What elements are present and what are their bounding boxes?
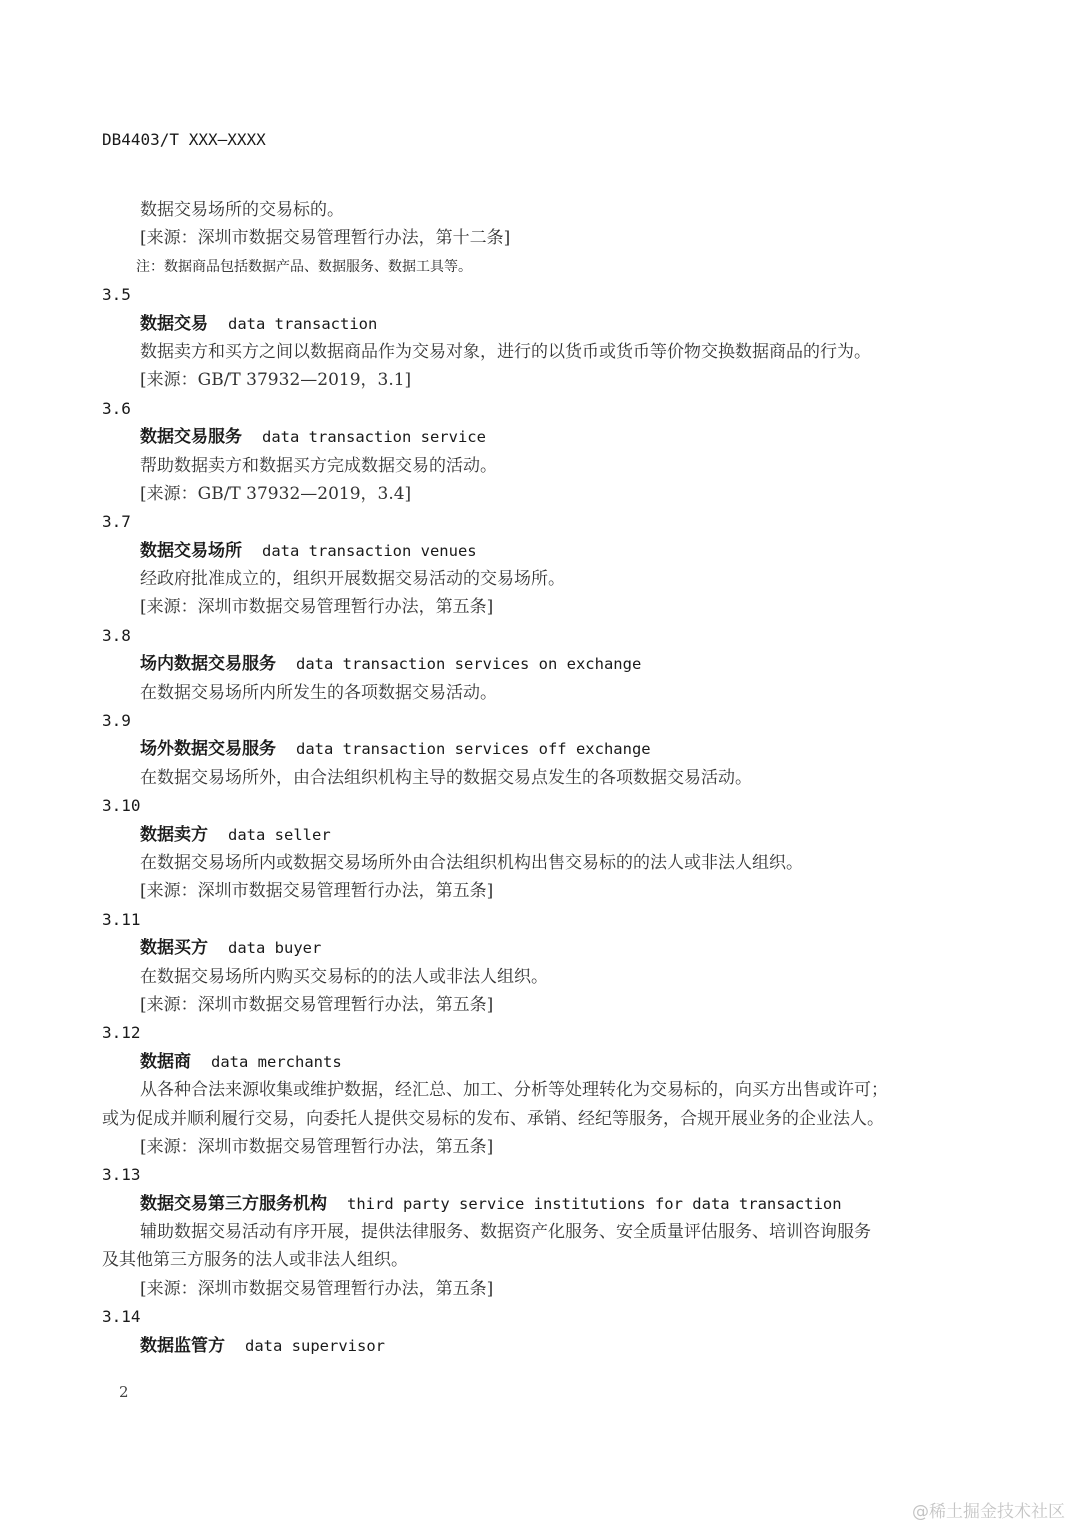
entry-number: 3.13 (102, 1161, 962, 1189)
entry-source: [来源：深圳市数据交易管理暂行办法，第五条] (102, 1275, 962, 1303)
term-chinese: 场内数据交易服务 (140, 654, 276, 674)
entry-source: [来源：深圳市数据交易管理暂行办法，第五条] (102, 593, 962, 621)
term-english: third party service institutions for dat… (347, 1195, 842, 1213)
entry-term: 数据买方data buyer (102, 934, 962, 962)
term-entry: 3.11数据买方data buyer在数据交易场所内购买交易标的的法人或非法人组… (102, 906, 962, 1020)
entry-number: 3.12 (102, 1019, 962, 1047)
term-entry: 3.8场内数据交易服务data transaction services on … (102, 622, 962, 707)
term-chinese: 数据买方 (140, 938, 208, 958)
entry-term: 数据交易第三方服务机构third party service instituti… (102, 1190, 962, 1218)
entry-term: 数据监管方data supervisor (102, 1332, 962, 1360)
intro-source: [来源：深圳市数据交易管理暂行办法，第十二条] (102, 224, 962, 252)
entry-definition: 在数据交易场所内或数据交易场所外由合法组织机构出售交易标的的法人或非法人组织。 (102, 849, 962, 877)
intro-text: 数据交易场所的交易标的。 (102, 196, 962, 224)
term-chinese: 数据商 (140, 1052, 191, 1072)
term-chinese: 数据卖方 (140, 825, 208, 845)
term-english: data seller (228, 826, 331, 844)
entry-term: 场外数据交易服务data transaction services off ex… (102, 735, 962, 763)
entry-source: [来源：深圳市数据交易管理暂行办法，第五条] (102, 877, 962, 905)
term-english: data merchants (211, 1053, 342, 1071)
entry-definition: 在数据交易场所外，由合法组织机构主导的数据交易点发生的各项数据交易活动。 (102, 764, 962, 792)
entry-source: [来源：GB/T 37932—2019，3.1] (102, 366, 962, 394)
entry-number: 3.8 (102, 622, 962, 650)
term-chinese: 数据交易 (140, 314, 208, 334)
term-chinese: 数据交易第三方服务机构 (140, 1194, 327, 1214)
term-english: data transaction venues (262, 542, 477, 560)
term-entry: 3.10数据卖方data seller在数据交易场所内或数据交易场所外由合法组织… (102, 792, 962, 906)
page-number: 2 (119, 1383, 129, 1401)
term-entry: 3.7数据交易场所data transaction venues经政府批准成立的… (102, 508, 962, 622)
entry-definition: 经政府批准成立的，组织开展数据交易活动的交易场所。 (102, 565, 962, 593)
term-entry: 3.14数据监管方data supervisor (102, 1303, 962, 1360)
entry-definition: 辅助数据交易活动有序开展，提供法律服务、数据资产化服务、安全质量评估服务、培训咨… (102, 1218, 962, 1246)
entry-number: 3.14 (102, 1303, 962, 1331)
term-entry: 3.13数据交易第三方服务机构third party service insti… (102, 1161, 962, 1303)
term-english: data buyer (228, 939, 321, 957)
entry-term: 数据商data merchants (102, 1048, 962, 1076)
entry-source: [来源：深圳市数据交易管理暂行办法，第五条] (102, 991, 962, 1019)
entry-term: 数据卖方data seller (102, 821, 962, 849)
entry-number: 3.5 (102, 281, 962, 309)
entry-term: 数据交易服务data transaction service (102, 423, 962, 451)
term-chinese: 数据监管方 (140, 1336, 225, 1356)
entry-number: 3.6 (102, 395, 962, 423)
entry-definition: 在数据交易场所内所发生的各项数据交易活动。 (102, 679, 962, 707)
document-code-header: DB4403/T XXX—XXXX (102, 130, 266, 149)
term-english: data supervisor (245, 1337, 385, 1355)
entry-term: 场内数据交易服务data transaction services on exc… (102, 650, 962, 678)
entry-number: 3.7 (102, 508, 962, 536)
term-english: data transaction services on exchange (296, 655, 641, 673)
entry-definition: 或为促成并顺利履行交易，向委托人提供交易标的发布、承销、经纪等服务，合规开展业务… (102, 1105, 962, 1133)
entry-definition: 数据卖方和买方之间以数据商品作为交易对象，进行的以货币或货币等价物交换数据商品的… (102, 338, 962, 366)
term-english: data transaction services off exchange (296, 740, 651, 758)
intro-note: 注：数据商品包括数据产品、数据服务、数据工具等。 (102, 253, 962, 281)
term-english: data transaction (228, 315, 377, 333)
term-entries: 3.5数据交易data transaction数据卖方和买方之间以数据商品作为交… (102, 281, 962, 1360)
entry-source: [来源：深圳市数据交易管理暂行办法，第五条] (102, 1133, 962, 1161)
entry-number: 3.10 (102, 792, 962, 820)
entry-term: 数据交易场所data transaction venues (102, 537, 962, 565)
term-entry: 3.6数据交易服务data transaction service帮助数据卖方和… (102, 395, 962, 509)
term-chinese: 数据交易场所 (140, 541, 242, 561)
entry-definition: 帮助数据卖方和数据买方完成数据交易的活动。 (102, 452, 962, 480)
document-body: 数据交易场所的交易标的。 [来源：深圳市数据交易管理暂行办法，第十二条] 注：数… (102, 196, 962, 1360)
term-entry: 3.12数据商data merchants从各种合法来源收集或维护数据，经汇总、… (102, 1019, 962, 1161)
term-entry: 3.9场外数据交易服务data transaction services off… (102, 707, 962, 792)
entry-definition: 在数据交易场所内购买交易标的的法人或非法人组织。 (102, 963, 962, 991)
entry-number: 3.9 (102, 707, 962, 735)
watermark: @稀土掘金技术社区 (912, 1497, 1065, 1522)
term-english: data transaction service (262, 428, 486, 446)
entry-definition: 从各种合法来源收集或维护数据，经汇总、加工、分析等处理转化为交易标的，向买方出售… (102, 1076, 962, 1104)
term-entry: 3.5数据交易data transaction数据卖方和买方之间以数据商品作为交… (102, 281, 962, 395)
entry-term: 数据交易data transaction (102, 310, 962, 338)
entry-number: 3.11 (102, 906, 962, 934)
term-chinese: 场外数据交易服务 (140, 739, 276, 759)
term-chinese: 数据交易服务 (140, 427, 242, 447)
entry-definition: 及其他第三方服务的法人或非法人组织。 (102, 1246, 962, 1274)
entry-source: [来源：GB/T 37932—2019，3.4] (102, 480, 962, 508)
